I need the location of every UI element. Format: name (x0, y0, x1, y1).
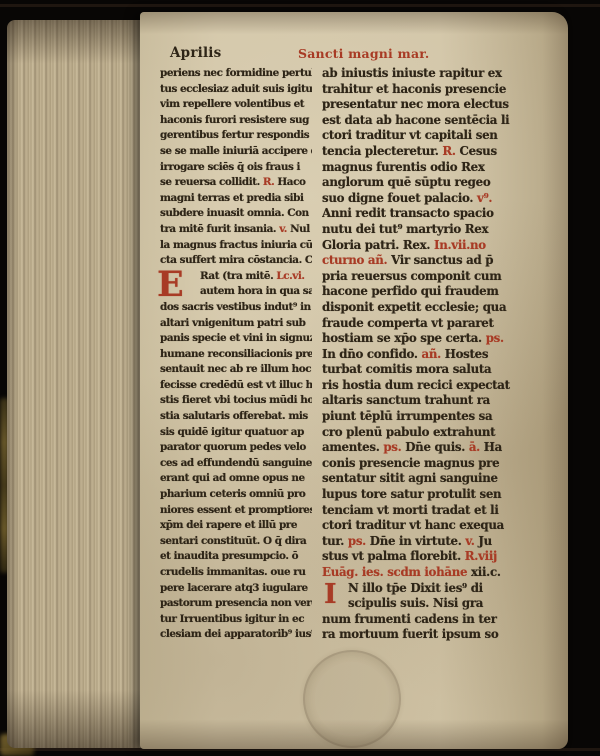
text-segment: In dn̄o confido. (322, 347, 422, 361)
text-line: pere lacerare atq3 iugulare (160, 581, 312, 597)
text-segment: gerentibus fertur respondis (160, 129, 309, 141)
text-segment: ris hostia dum recici expectat (322, 378, 510, 392)
text-segment: altaris sanctum trahunt ra (322, 393, 490, 407)
rubric-segment: Euāg. ies. scdm iohāne (322, 565, 471, 579)
text-line: irrogare sciēs q̄ ois fraus i (160, 160, 312, 176)
text-segment: sis quidē igitur quatuor ap (160, 426, 304, 438)
text-segment: scipulis suis. Nisi gra (348, 596, 483, 610)
text-segment: hacone perfido qui fraudem (322, 284, 499, 298)
text-segment: autem hora in qua sacer (200, 285, 312, 297)
text-segment: cro plenū pabulo extrahunt (322, 425, 495, 439)
text-line: et inaudita presumpcio. ō (160, 549, 312, 565)
text-segment: Haco (274, 176, 305, 188)
text-line: crudelis immanitas. oue ru (160, 565, 312, 581)
text-segment: Vir sanctus ad p̄ (391, 253, 493, 267)
text-segment: se reuersa collidit. (160, 176, 263, 188)
text-line: altaris sanctum trahunt ra (322, 393, 558, 409)
text-segment: tur Irruentibus igitur in ec (160, 613, 304, 625)
text-line: vim repellere volentibus et (160, 97, 312, 113)
text-line: se reuersa collidit. R. Haco (160, 175, 312, 191)
text-line: parator quorum pedes velo (160, 440, 312, 456)
text-segment: sentauit nec ab re illum hoc (160, 363, 311, 375)
rubric-segment: cturno añ. (322, 253, 391, 267)
text-line: fecisse credēdū est vt illuc ho (160, 378, 312, 394)
text-segment: se se malle iniuriā accipere q̄ (160, 145, 312, 157)
text-line: In dn̄o confido. añ. Hostes (322, 347, 558, 363)
text-segment: pere lacerare atq3 iugulare (160, 582, 308, 594)
text-segment: amentes. (322, 440, 383, 454)
text-segment: pastorum presencia non vere (160, 597, 312, 609)
text-segment: Ha (480, 440, 502, 454)
text-segment: haconis furori resistere sug (160, 114, 309, 126)
text-line: turbat comitis mora saluta (322, 362, 558, 378)
text-segment: N illo tp̄e Dixit ies⁹ di (348, 581, 483, 595)
text-line: tur Irruentibus igitur in ec (160, 612, 312, 628)
text-line: pastorum presencia non vere (160, 596, 312, 612)
text-segment: la magnus fractus iniuria cū (160, 239, 312, 251)
rubric-segment: R. (263, 176, 274, 188)
text-line: ra mortuum fuerit ipsum so (322, 627, 558, 643)
rubric-segment: v. (465, 534, 474, 548)
text-line: hacone perfido qui fraudem (322, 284, 558, 300)
text-segment: est data ab hacone sentēcia li (322, 113, 509, 127)
text-line: panis specie et vini in signuz (160, 331, 312, 347)
text-segment: pria reuersus componit cum (322, 269, 501, 283)
text-line: periens nec formidine pertul (160, 66, 312, 82)
text-line: presentatur nec mora electus (322, 97, 558, 113)
rubric-segment: ps. (348, 534, 366, 548)
text-line: sentauit nec ab re illum hoc (160, 362, 312, 378)
text-line: altari vnigenitum patri sub (160, 316, 312, 332)
text-line: tenciam vt morti tradat et li (322, 503, 558, 519)
text-segment: disponit expetit ecclesie; qua (322, 300, 506, 314)
blind-stamp (303, 650, 401, 748)
text-line: ab iniustis iniuste rapitur ex (322, 66, 558, 82)
text-segment: tus ecclesiaz aduit suis igitur (160, 83, 312, 95)
text-line: Gloria patri. Rex. In.vii.no (322, 238, 558, 254)
text-segment: tur. (322, 534, 348, 548)
text-segment: anglorum quē sūptu regeo (322, 175, 490, 189)
text-segment: periens nec formidine pertul (160, 67, 312, 79)
text-line: num frumenti cadens in ter (322, 612, 558, 628)
text-line: hostiam se xp̄o spe certa. ps. (322, 331, 558, 347)
text-line: suo digne fouet palacio. v⁹. (322, 191, 558, 207)
text-segment: humane reconsiliacionis pre (160, 348, 312, 360)
text-segment: Gloria patri. Rex. (322, 238, 434, 252)
text-segment: crudelis immanitas. oue ru (160, 566, 305, 578)
text-line: tur. ps. Dn̄e in virtute. v. Ju (322, 534, 558, 550)
text-segment: panis specie et vini in signuz (160, 332, 312, 344)
text-segment: suo digne fouet palacio. (322, 191, 477, 205)
text-segment: tencia plecteretur. (322, 144, 442, 158)
rubric-segment: ps. (486, 331, 504, 345)
text-line: sis quidē igitur quatuor ap (160, 425, 312, 441)
text-line: fraude comperta vt pararet (322, 316, 558, 332)
text-segment: magnus furentis odio Rex (322, 160, 485, 174)
text-line: piunt tēplū irrumpentes sa (322, 409, 558, 425)
rubric-segment: ā. (469, 440, 480, 454)
text-line: stia salutaris offerebat. mis (160, 409, 312, 425)
text-line: tra mitē furit insania. v. Nul (160, 222, 312, 238)
text-column-left: periens nec formidine pertultus ecclesia… (160, 66, 312, 643)
running-header-month: Aprilis (170, 45, 290, 61)
text-segment: sentatur sitit agni sanguine (322, 471, 498, 485)
text-line: conis presencie magnus pre (322, 456, 558, 472)
text-segment: ctori traditur vt capitali sen (322, 128, 498, 142)
text-line: pharium ceteris omniū pro (160, 487, 312, 503)
text-line: la magnus fractus iniuria cū (160, 238, 312, 254)
text-line: ris hostia dum recici expectat (322, 378, 558, 394)
rubricated-initial: E (157, 269, 183, 300)
text-segment: turbat comitis mora saluta (322, 362, 491, 376)
text-segment: niores essent et promptiores (160, 504, 312, 516)
text-line: clesiam dei apparatorib⁹ ius⁹ (160, 627, 312, 643)
rubric-segment: Lc.vi. (276, 270, 304, 282)
text-line: tus ecclesiaz aduit suis igitur (160, 82, 312, 98)
text-line: cro plenū pabulo extrahunt (322, 425, 558, 441)
text-line: cturno añ. Vir sanctus ad p̄ (322, 253, 558, 269)
text-segment: ab iniustis iniuste rapitur ex (322, 66, 502, 80)
text-line: stis fieret vbi tocius mūdi ho (160, 393, 312, 409)
text-segment: presentatur nec mora electus (322, 97, 509, 111)
text-segment: et inaudita presumpcio. ō (160, 550, 298, 562)
manuscript-page: Aprilis Sancti magni mar. periens nec fo… (140, 12, 568, 749)
text-line: se se malle iniuriā accipere q̄ (160, 144, 312, 160)
text-line: subdere inuasit omnia. Con (160, 206, 312, 222)
text-segment: Rat (tra mitē. (200, 270, 276, 282)
running-header-saint-title: Sancti magni mar. (298, 46, 498, 61)
text-line: ctori traditur vt hanc exequa (322, 518, 558, 534)
rubric-segment: ps. (383, 440, 401, 454)
rubric-segment: R.viij (465, 549, 497, 563)
rubric-segment: R. (442, 144, 455, 158)
text-line: nutu dei tut⁹ martyrio Rex (322, 222, 558, 238)
text-line: ctori traditur vt capitali sen (322, 128, 558, 144)
text-line: pria reuersus componit cum (322, 269, 558, 285)
text-segment: fraude comperta vt pararet (322, 316, 494, 330)
text-segment: altari vnigenitum patri sub (160, 317, 306, 329)
text-line: tencia plecteretur. R. Cesus (322, 144, 558, 160)
rubric-segment: añ. (422, 347, 441, 361)
text-line: anglorum quē sūptu regeo (322, 175, 558, 191)
text-segment: magni terras et predia sibi (160, 192, 303, 204)
text-line: humane reconsiliacionis pre (160, 347, 312, 363)
text-segment: Anni redit transacto spacio (322, 206, 494, 220)
text-segment: tra mitē furit insania. (160, 223, 279, 235)
rubric-segment: v⁹. (477, 191, 492, 205)
rubric-segment: v. (279, 223, 287, 235)
text-segment: pharium ceteris omniū pro (160, 488, 305, 500)
text-line: Anni redit transacto spacio (322, 206, 558, 222)
text-segment: xp̄m dei rapere et illū pre (160, 519, 297, 531)
text-segment: tenciam vt morti tradat et li (322, 503, 499, 517)
text-segment: Hostes (441, 347, 488, 361)
text-line: amentes. ps. Dn̄e quis. ā. Ha (322, 440, 558, 456)
text-segment: ces ad effundendū sanguinez (160, 457, 312, 469)
text-line: N illo tp̄e Dixit ies⁹ di (322, 581, 558, 597)
text-line: haconis furori resistere sug (160, 113, 312, 129)
text-segment: parator quorum pedes velo (160, 441, 306, 453)
cradle-edge-top (0, 4, 600, 7)
text-segment: Dn̄e quis. (401, 440, 468, 454)
text-line: magnus furentis odio Rex (322, 160, 558, 176)
text-line: erant qui ad omne opus ne (160, 471, 312, 487)
text-segment: lupus tore satur protulit sen (322, 487, 501, 501)
text-line: scipulis suis. Nisi gra (322, 596, 558, 612)
text-line: sentari constituūt. O q̄ dira (160, 534, 312, 550)
text-line: stus vt palma florebit. R.viij (322, 549, 558, 565)
text-line: gerentibus fertur respondis (160, 128, 312, 144)
text-segment: trahitur et haconis presencie (322, 82, 506, 96)
text-segment: nutu dei tut⁹ martyrio Rex (322, 222, 488, 236)
text-line: xp̄m dei rapere et illū pre (160, 518, 312, 534)
text-line: sentatur sitit agni sanguine (322, 471, 558, 487)
text-line: est data ab hacone sentēcia li (322, 113, 558, 129)
text-segment: conis presencie magnus pre (322, 456, 499, 470)
text-segment: hostiam se xp̄o spe certa. (322, 331, 486, 345)
text-segment: stia salutaris offerebat. mis (160, 410, 308, 422)
text-segment: num frumenti cadens in ter (322, 612, 497, 626)
text-line: Euāg. ies. scdm iohāne xii.c. (322, 565, 558, 581)
text-segment: xii.c. (471, 565, 501, 579)
text-line: disponit expetit ecclesie; qua (322, 300, 558, 316)
text-line: magni terras et predia sibi (160, 191, 312, 207)
page-edge-stack (7, 20, 157, 748)
rubric-segment: In.vii.no (434, 238, 486, 252)
rubricated-initial: I (324, 581, 336, 609)
text-column-right: ab iniustis iniuste rapitur extrahitur e… (322, 66, 558, 643)
text-segment: vim repellere volentibus et (160, 98, 304, 110)
text-segment: Nul (287, 223, 310, 235)
text-segment: Ju (475, 534, 492, 548)
text-segment: ctori traditur vt hanc exequa (322, 518, 504, 532)
text-segment: clesiam dei apparatorib⁹ ius⁹ (160, 628, 312, 640)
text-segment: ra mortuum fuerit ipsum so (322, 627, 498, 641)
text-segment: fecisse credēdū est vt illuc ho (160, 379, 312, 391)
text-segment: Cesus (456, 144, 497, 158)
text-segment: sentari constituūt. O q̄ dira (160, 535, 306, 547)
text-segment: erant qui ad omne opus ne (160, 472, 305, 484)
text-segment: stus vt palma florebit. (322, 549, 465, 563)
text-segment: subdere inuasit omnia. Con (160, 207, 309, 219)
text-segment: stis fieret vbi tocius mūdi ho (160, 394, 312, 406)
text-line: ces ad effundendū sanguinez (160, 456, 312, 472)
text-line: niores essent et promptiores (160, 503, 312, 519)
text-segment: irrogare sciēs q̄ ois fraus i (160, 161, 300, 173)
text-line: trahitur et haconis presencie (322, 82, 558, 98)
text-line: lupus tore satur protulit sen (322, 487, 558, 503)
text-segment: Dn̄e in virtute. (366, 534, 465, 548)
text-segment: piunt tēplū irrumpentes sa (322, 409, 492, 423)
